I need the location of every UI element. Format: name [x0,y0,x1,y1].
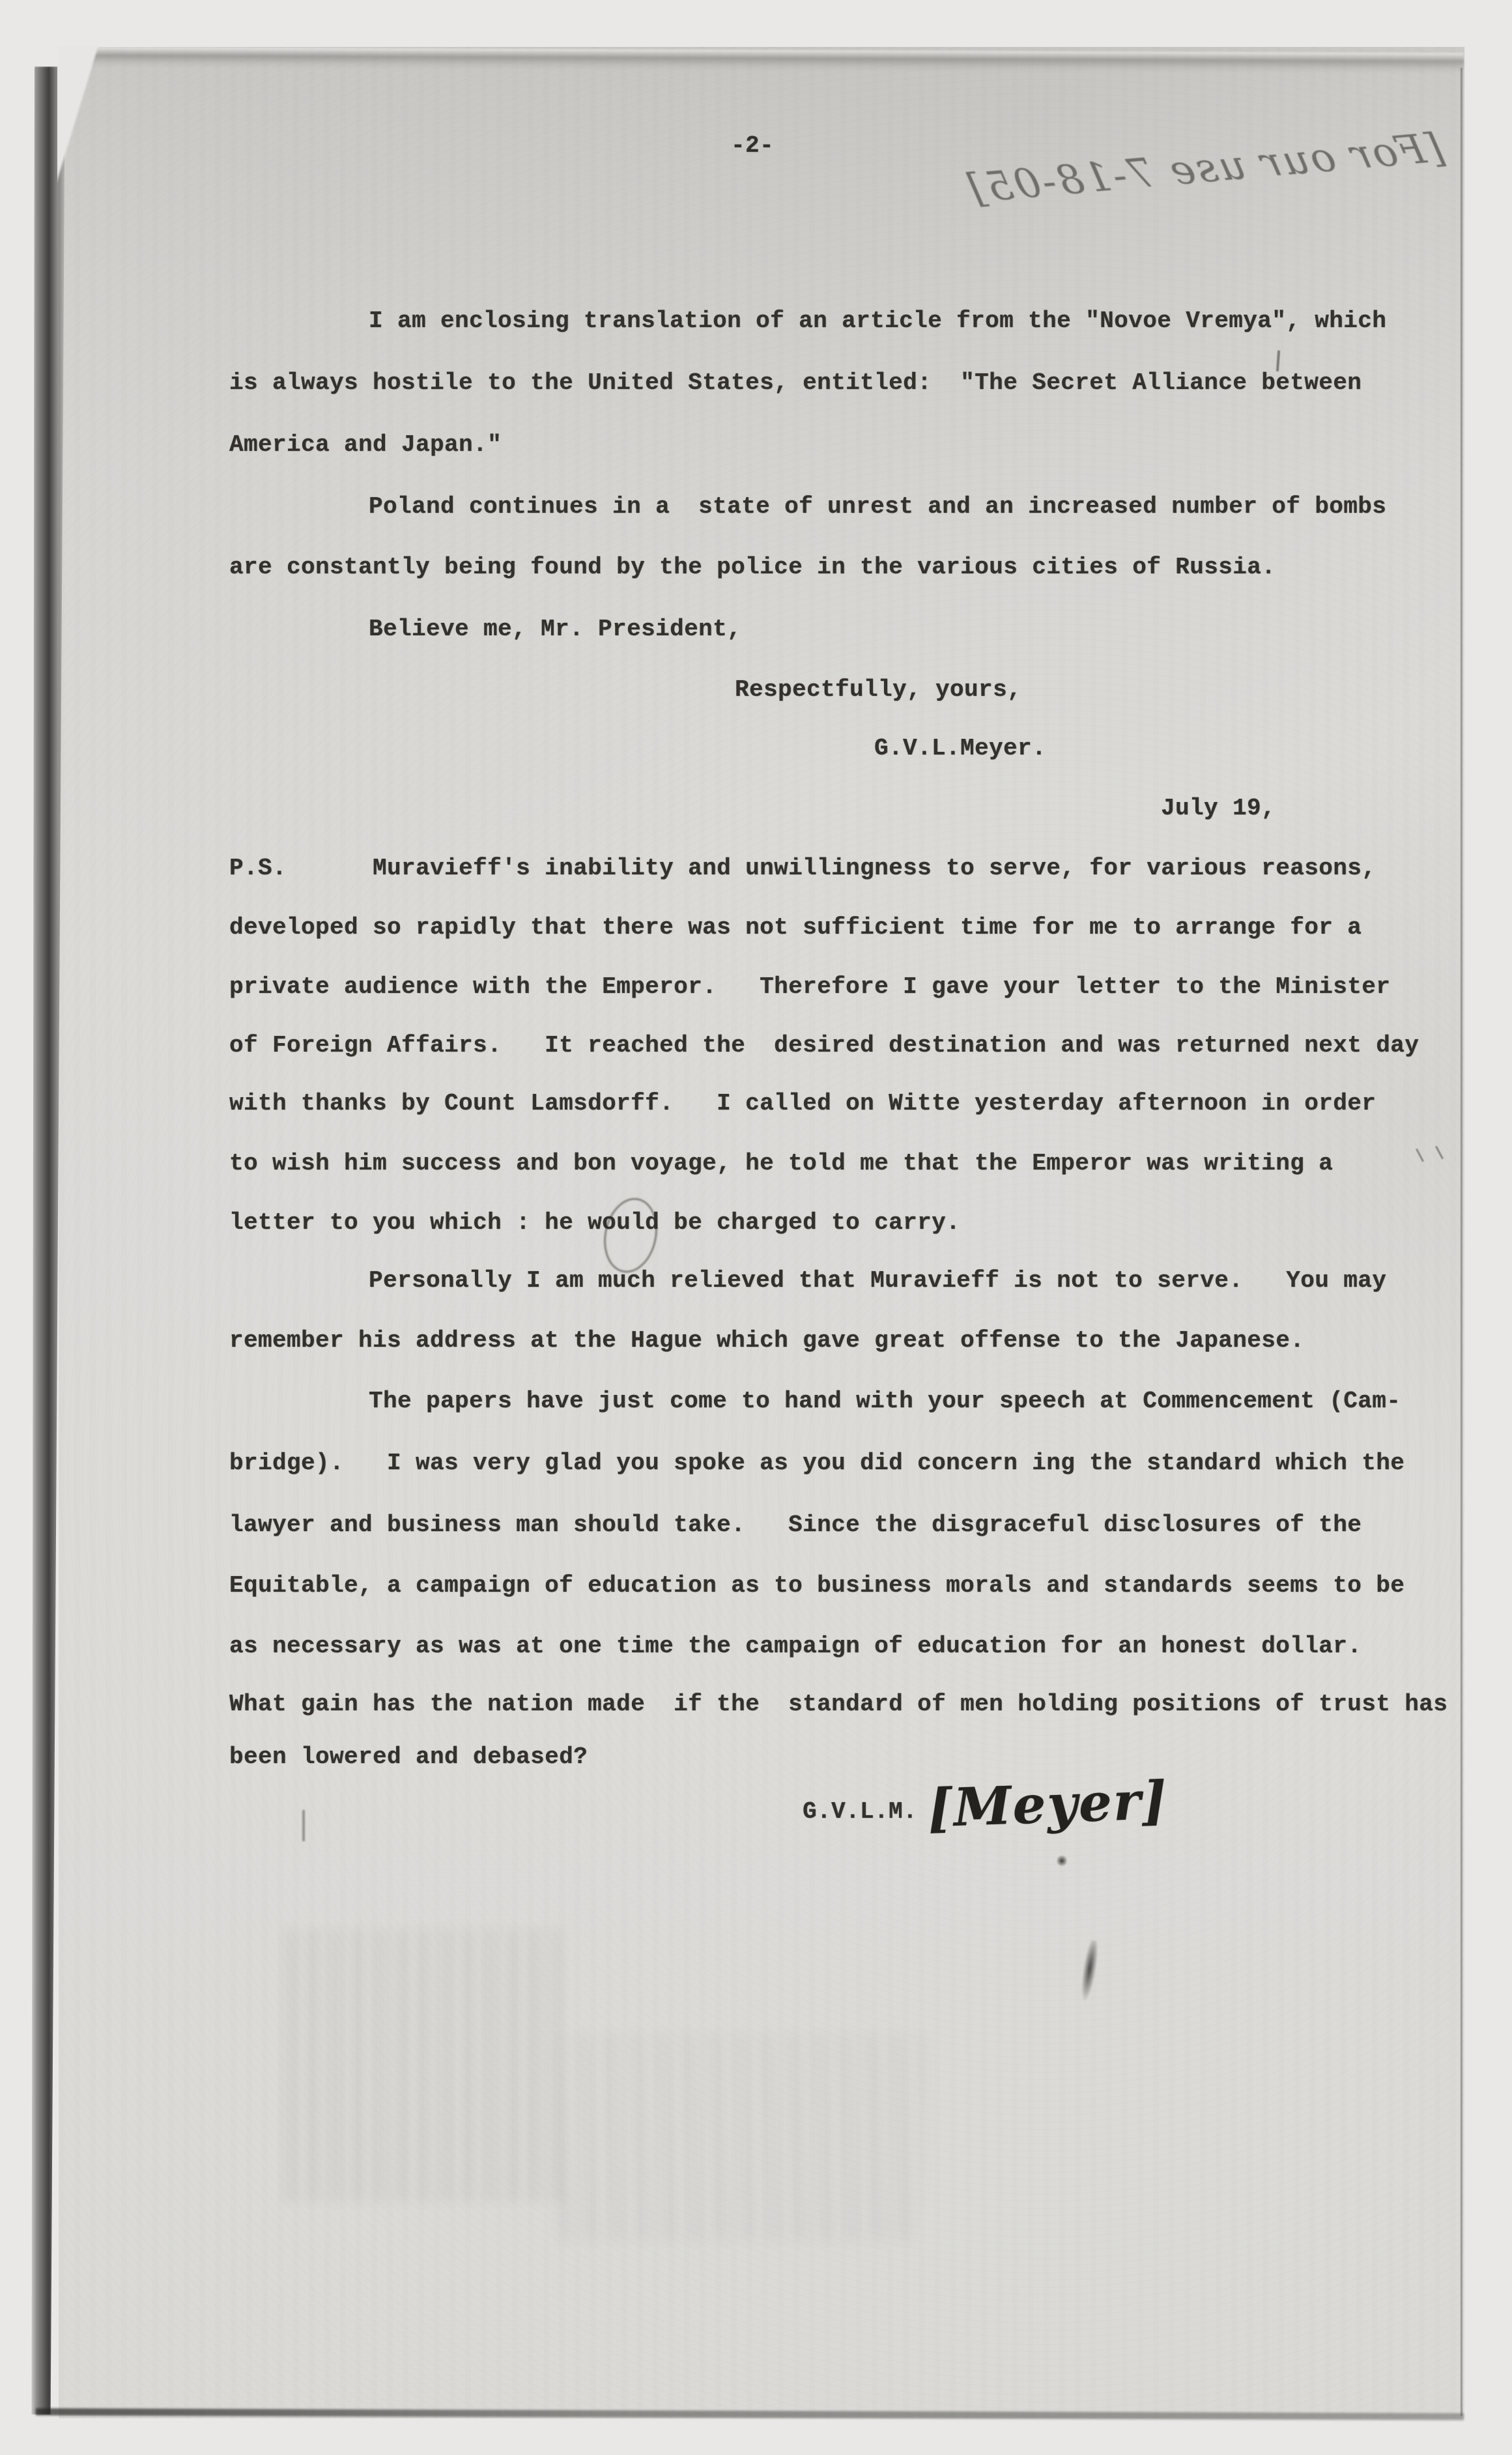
typed-line: Personally I am much relieved that Murav… [369,1267,1386,1295]
typed-line: Respectfully, yours, [735,676,1021,704]
typed-line: Poland continues in a state of unrest an… [369,493,1386,521]
typed-line: lawyer and business man should take. Sin… [229,1512,1362,1539]
typed-line: been lowered and debased? [229,1744,588,1771]
scanned-letter-page: [For our use 7-18-05] -2- I am enclosing… [0,0,1512,2455]
paper-corner-fold [57,46,106,228]
typed-line: developed so rapidly that there was not … [229,914,1362,941]
typed-line: of Foreign Affairs. It reached the desir… [229,1032,1419,1059]
typed-line: July 19, [1161,795,1276,822]
typed-line: is always hostile to the United States, … [229,369,1362,397]
typed-line: with thanks by Count Lamsdorff. I called… [229,1090,1376,1117]
page-number: -2- [731,132,774,160]
typed-line: G.V.L.Meyer. [874,735,1046,762]
handwritten-signature: [Meyer] [926,1770,1169,1839]
bleed-through-ghost-text [287,1929,560,2202]
typed-line: letter to you which : he would be charge… [229,1209,960,1237]
typed-line: Equitable, a campaign of education as to… [229,1572,1405,1600]
typed-line: G.V.L.M. [803,1798,917,1826]
paper-edge-line-right [1461,68,1462,2416]
typed-line: P.S. Muravieff's inability and unwilling… [229,855,1376,882]
typed-line: bridge). I was very glad you spoke as yo… [229,1450,1405,1477]
bleed-through-ghost-text [560,2033,925,2241]
typed-line: to wish him success and bon voyage, he t… [229,1150,1333,1177]
typed-line: remember his address at the Hague which … [229,1327,1304,1355]
typed-line: private audience with the Emperor. There… [229,973,1390,1001]
typed-line: The papers have just come to hand with y… [369,1388,1401,1415]
ink-speck [1057,1854,1067,1867]
typed-line: as necessary as was at one time the camp… [229,1633,1362,1660]
typed-line: I am enclosing translation of an article… [369,308,1386,335]
typed-line: Believe me, Mr. President, [369,616,741,643]
typed-line: are constantly being found by the police… [229,554,1276,581]
typed-line: What gain has the nation made if the sta… [229,1691,1448,1718]
typed-line: America and Japan." [229,431,502,459]
stray-pencil-stroke [302,1810,305,1841]
